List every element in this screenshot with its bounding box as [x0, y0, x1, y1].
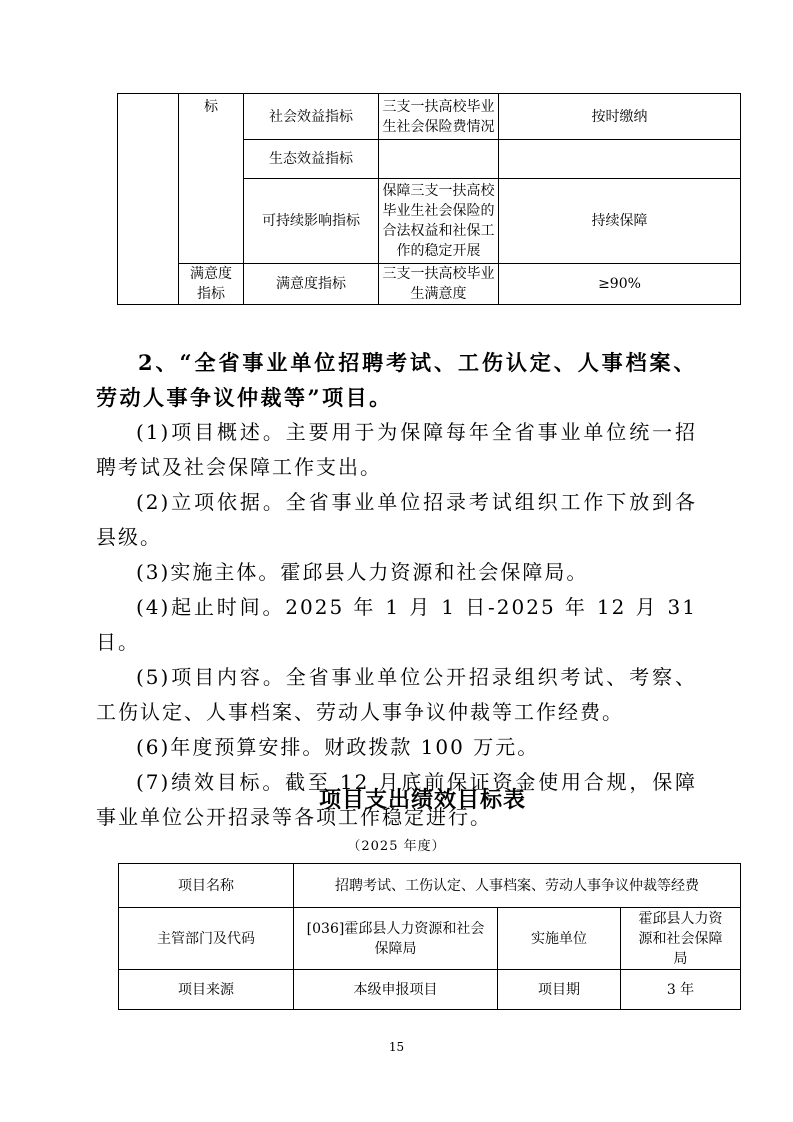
page-number: 15: [0, 1040, 793, 1054]
source-label-cell: 项目来源: [119, 970, 294, 1010]
indicator-group-cell-tail: 标: [179, 94, 244, 264]
paragraph-implementer: (3)实施主体。霍邱县人力资源和社会保障局。: [96, 555, 697, 590]
project-name-value-cell: 招聘考试、工伤认定、人事档案、劳动人事争议仲裁等经费: [294, 864, 741, 908]
indicator-group-cell-satisfaction: 满意度指标: [179, 264, 244, 305]
table-row: 项目来源 本级申报项目 项目期 3 年: [119, 970, 741, 1010]
paragraph-overview: (1)项目概述。主要用于为保障每年全省事业单位统一招聘考试及社会保障工作支出。: [96, 415, 697, 485]
indicator-detail-cell: 保障三支一扶高校毕业生社会保险的合法权益和社保工作的稳定开展: [379, 179, 499, 264]
goal-table: 项目名称 招聘考试、工伤认定、人事档案、劳动人事争议仲裁等经费 主管部门及代码 …: [118, 863, 741, 1010]
indicator-table: 标 社会效益指标 三支一扶高校毕业生社会保险费情况 按时缴纳 生态效益指标 可持…: [117, 93, 741, 305]
indicator-target-cell: 持续保障: [499, 179, 741, 264]
period-value-cell: 3 年: [621, 970, 741, 1010]
indicator-target-cell: 按时缴纳: [499, 94, 741, 140]
paragraph-content: (5)项目内容。全省事业单位公开招录组织考试、考察、工伤认定、人事档案、劳动人事…: [96, 660, 697, 730]
table-row: 主管部门及代码 [036]霍邱县人力资源和社会保障局 实施单位 霍邱县人力资源和…: [119, 908, 741, 970]
document-page: 标 社会效益指标 三支一扶高校毕业生社会保险费情况 按时缴纳 生态效益指标 可持…: [0, 0, 793, 1122]
indicator-name-cell: 社会效益指标: [244, 94, 379, 140]
dept-label-cell: 主管部门及代码: [119, 908, 294, 970]
table-row: 满意度指标 满意度指标 三支一扶高校毕业生满意度 ≥90%: [118, 264, 741, 305]
indicator-group-cell-empty: [118, 94, 179, 305]
goal-table-subtitle: （2025 年度）: [0, 835, 793, 854]
period-label-cell: 项目期: [498, 970, 621, 1010]
impl-unit-value-cell: 霍邱县人力资源和社会保障局: [621, 908, 741, 970]
impl-unit-label-cell: 实施单位: [498, 908, 621, 970]
indicator-name-cell: 生态效益指标: [244, 140, 379, 179]
table-row: 项目名称 招聘考试、工伤认定、人事档案、劳动人事争议仲裁等经费: [119, 864, 741, 908]
paragraph-budget: (6)年度预算安排。财政拨款 100 万元。: [96, 730, 697, 765]
indicator-detail-cell: 三支一扶高校毕业生满意度: [379, 264, 499, 305]
paragraph-basis: (2)立项依据。全省事业单位招录考试组织工作下放到各县级。: [96, 485, 697, 555]
section-body: 2、“全省事业单位招聘考试、工伤认定、人事档案、劳动人事争议仲裁等”项目。 (1…: [96, 345, 697, 835]
table-row: 标 社会效益指标 三支一扶高校毕业生社会保险费情况 按时缴纳: [118, 94, 741, 140]
indicator-detail-cell: 三支一扶高校毕业生社会保险费情况: [379, 94, 499, 140]
indicator-name-cell: 可持续影响指标: [244, 179, 379, 264]
indicator-name-cell: 满意度指标: [244, 264, 379, 305]
project-name-label-cell: 项目名称: [119, 864, 294, 908]
paragraph-duration: (4)起止时间。2025 年 1 月 1 日-2025 年 12 月 31 日。: [96, 590, 697, 660]
section-heading: 2、“全省事业单位招聘考试、工伤认定、人事档案、劳动人事争议仲裁等”项目。: [96, 345, 697, 415]
goal-table-title: 项目支出绩效目标表: [26, 783, 793, 814]
indicator-target-cell: ≥90%: [499, 264, 741, 305]
indicator-target-cell: [499, 140, 741, 179]
dept-value-cell: [036]霍邱县人力资源和社会保障局: [294, 908, 498, 970]
source-value-cell: 本级申报项目: [294, 970, 498, 1010]
indicator-detail-cell: [379, 140, 499, 179]
